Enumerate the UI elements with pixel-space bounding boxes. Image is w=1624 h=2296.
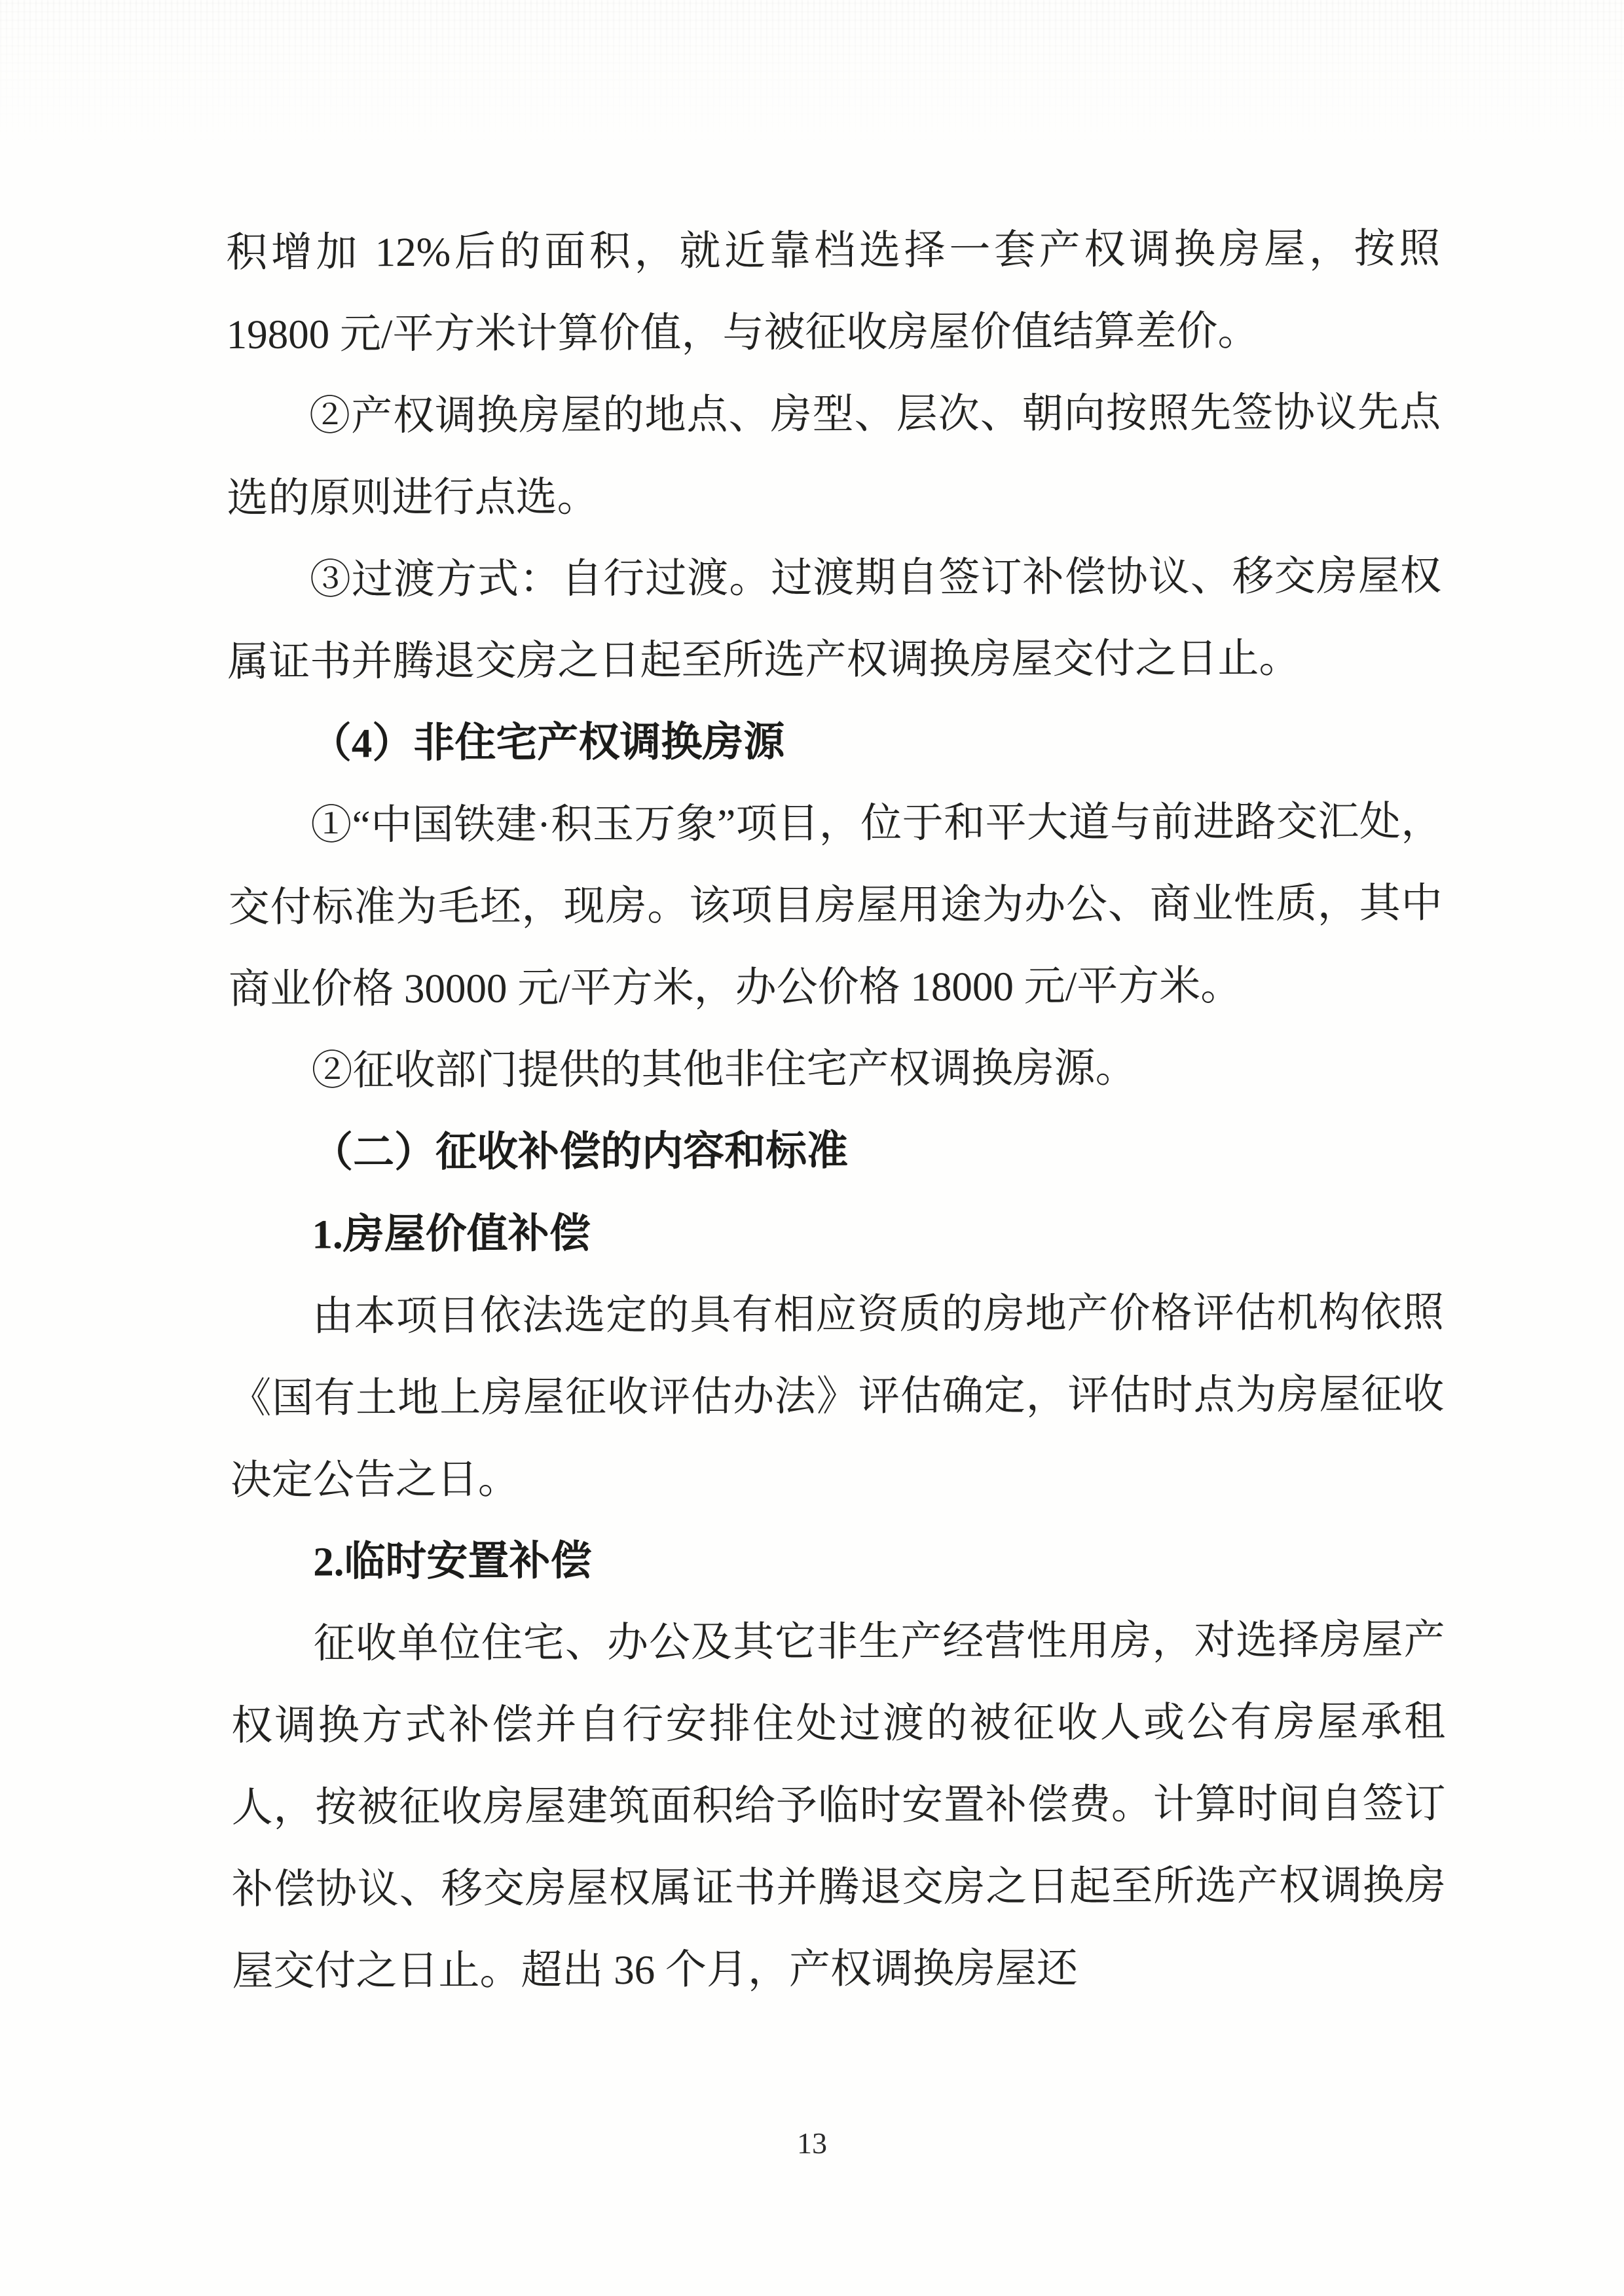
section-heading: （二）征收补偿的内容和标准: [229, 1108, 1443, 1194]
paragraph: 征收单位住宅、办公及其它非生产经营性用房，对选择房屋产权调换方式补偿并自行安排住…: [231, 1599, 1446, 2013]
paragraph: ②产权调换房屋的地点、房型、层次、朝向按照先签协议先点选的原则进行点选。: [227, 372, 1441, 539]
section-heading: 2.临时安置补偿: [231, 1518, 1445, 1603]
document-page: 积增加 12%后的面积，就近靠档选择一套产权调换房屋，按照 19800 元/平方…: [0, 0, 1624, 2296]
document-body: 积增加 12%后的面积，就近靠档选择一套产权调换房屋，按照 19800 元/平方…: [226, 208, 1447, 2013]
paragraph: ③过渡方式：自行过渡。过渡期自签订补偿协议、移交房屋权属证书并腾退交房之日起至所…: [227, 536, 1442, 703]
section-heading: （4）非住宅产权调换房源: [228, 699, 1442, 785]
page-number: 13: [0, 2124, 1624, 2163]
section-heading: 1.房屋价值补偿: [229, 1190, 1443, 1276]
paragraph: ①“中国铁建·积玉万象”项目，位于和平大道与前进路交汇处，交付标准为毛坯，现房。…: [228, 781, 1443, 1030]
paragraph: 由本项目依法选定的具有相应资质的房地产价格评估机构依照《国有土地上房屋征收评估办…: [230, 1272, 1445, 1522]
scan-noise-texture: [0, 0, 1624, 157]
paragraph: 积增加 12%后的面积，就近靠档选择一套产权调换房屋，按照 19800 元/平方…: [226, 208, 1441, 376]
paragraph: ②征收部门提供的其他非住宅产权调换房源。: [229, 1027, 1443, 1112]
